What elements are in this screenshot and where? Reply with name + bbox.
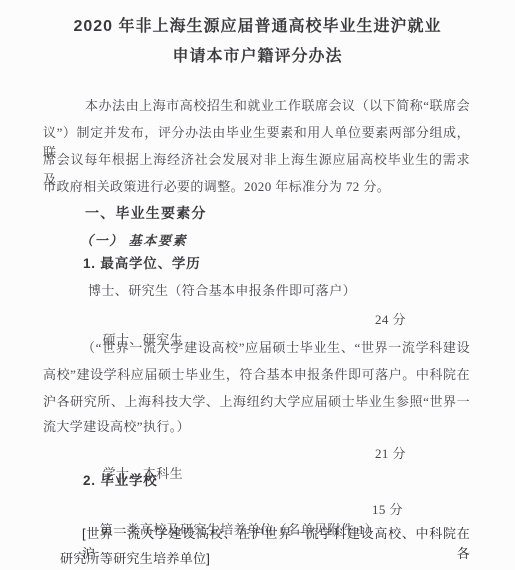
doctor-degree-line: 博士、研究生（符合基本申报条件即可落户）: [88, 281, 356, 301]
bachelor-degree-row: 学士、本科生 21 分: [88, 444, 470, 464]
tier1-note-line-1: [世界一流大学建设高校、在沪世界一流学科建设高校、中科院在沪各: [82, 524, 470, 544]
tier1-school-score: 15 分: [372, 500, 403, 520]
master-degree-score: 24 分: [375, 310, 406, 330]
intro-paragraph-line-4: 市政府相关政策进行必要的调整。2020 年标准分为 72 分。: [43, 177, 390, 197]
intro-paragraph-line-1: 本办法由上海市高校招生和就业工作联席会议（以下简称“联席会: [85, 96, 470, 116]
master-note-line-1: （“世界一流大学建设高校”应届硕士毕业生、“世界一流学科建设: [82, 338, 470, 358]
master-note-line-4: 流大学建设高校”执行。）: [43, 417, 190, 437]
bachelor-degree-score: 21 分: [375, 444, 406, 464]
intro-paragraph-line-3: 席会议每年根据上海经济社会发展对非上海生源应届高校毕业生的需求及: [43, 150, 470, 170]
section-heading-graduate-factors: 一、毕业生要素分: [85, 203, 207, 223]
document-page: 2020 年非上海生源应届普通高校毕业生进沪就业 申请本市户籍评分办法 本办法由…: [0, 0, 515, 570]
master-note-line-2: 高校”建设学科应届硕士毕业生，符合基本申报条件即可落户。中科院在: [43, 365, 470, 385]
tier1-school-row: 第一类高校及研究生培养单位（名单见附件 1） 15 分: [85, 500, 470, 520]
item-heading-graduation-school: 2. 毕业学校: [83, 471, 158, 491]
master-note-line-3: 沪各研究所、上海科技大学、上海纽约大学应届硕士毕业生参照“世界一: [43, 392, 470, 412]
document-title-line-1: 2020 年非上海生源应届普通高校毕业生进沪就业: [0, 17, 515, 37]
tier1-note-line-2: 研究所等研究生培养单位]: [60, 549, 210, 569]
master-degree-row: 硕士、研究生 24 分: [88, 310, 470, 330]
item-heading-highest-degree: 1. 最高学位、学历: [83, 254, 201, 274]
intro-paragraph-line-2: 议”）制定并发布，评分办法由毕业生要素和用人单位要素两部分组成，联: [43, 123, 470, 143]
subsection-heading-basic-elements: （一） 基本要素: [80, 231, 187, 251]
document-title-line-2: 申请本市户籍评分办法: [0, 47, 515, 67]
